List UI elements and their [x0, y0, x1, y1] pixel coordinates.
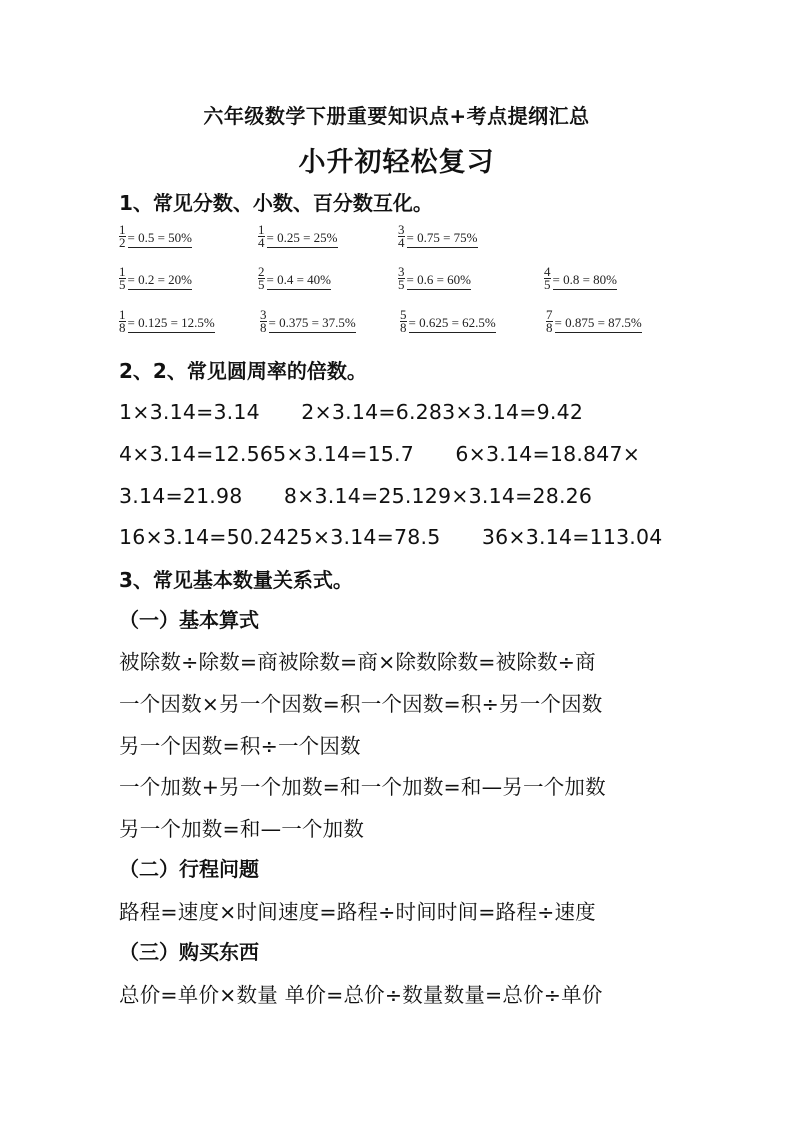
fraction-item: 15 = 0.2 = 20%	[119, 266, 192, 291]
fraction-item: 18 = 0.125 = 12.5%	[119, 309, 215, 334]
text-line: 一个加数+另一个加数=和一个加数=和—另一个加数	[119, 770, 606, 800]
text-line: 16×3.14=50.2425×3.14=78.5 36×3.14=113.04	[119, 520, 663, 550]
text-line: 路程=速度×时间速度=路程÷时间时间=路程÷速度	[119, 895, 596, 925]
document-subtitle: 小升初轻松复习	[0, 140, 793, 179]
document-page: 六年级数学下册重要知识点+考点提纲汇总 小升初轻松复习 1、常见分数、小数、百分…	[0, 0, 793, 1122]
text-line: 3.14=21.98 8×3.14=25.129×3.14=28.26	[119, 479, 592, 509]
section1-heading: 1、常见分数、小数、百分数互化。	[119, 187, 433, 216]
text-line: 另一个因数=积÷一个因数	[119, 729, 361, 759]
text-line: 另一个加数=和—一个加数	[119, 812, 364, 842]
text-line: 一个因数×另一个因数=积一个因数=积÷另一个因数	[119, 687, 603, 717]
text-line: 被除数÷除数=商被除数=商×除数除数=被除数÷商	[119, 645, 596, 675]
subsection-heading: （二）行程问题	[119, 853, 259, 882]
text-line: 1×3.14=3.14 2×3.14=6.283×3.14=9.42	[119, 395, 583, 425]
fraction-item: 38 = 0.375 = 37.5%	[260, 309, 356, 334]
fraction-item: 34 = 0.75 = 75%	[398, 224, 478, 249]
text-line: 4×3.14=12.565×3.14=15.7 6×3.14=18.847×	[119, 437, 640, 467]
subsection-heading: （三）购买东西	[119, 936, 259, 965]
text-line: 总价=单价×数量 单价=总价÷数量数量=总价÷单价	[119, 978, 603, 1008]
fraction-item: 45 = 0.8 = 80%	[544, 266, 617, 291]
fraction-item: 12 = 0.5 = 50%	[119, 224, 192, 249]
fraction-item: 58 = 0.625 = 62.5%	[400, 309, 496, 334]
subsection-heading: （一）基本算式	[119, 604, 259, 633]
fraction-item: 35 = 0.6 = 60%	[398, 266, 471, 291]
section3-heading: 3、常见基本数量关系式。	[119, 564, 353, 593]
fraction-item: 78 = 0.875 = 87.5%	[546, 309, 642, 334]
fraction-item: 25 = 0.4 = 40%	[258, 266, 331, 291]
section2-heading: 2、2、常见圆周率的倍数。	[119, 355, 367, 384]
fraction-item: 14 = 0.25 = 25%	[258, 224, 338, 249]
document-title: 六年级数学下册重要知识点+考点提纲汇总	[0, 100, 793, 129]
